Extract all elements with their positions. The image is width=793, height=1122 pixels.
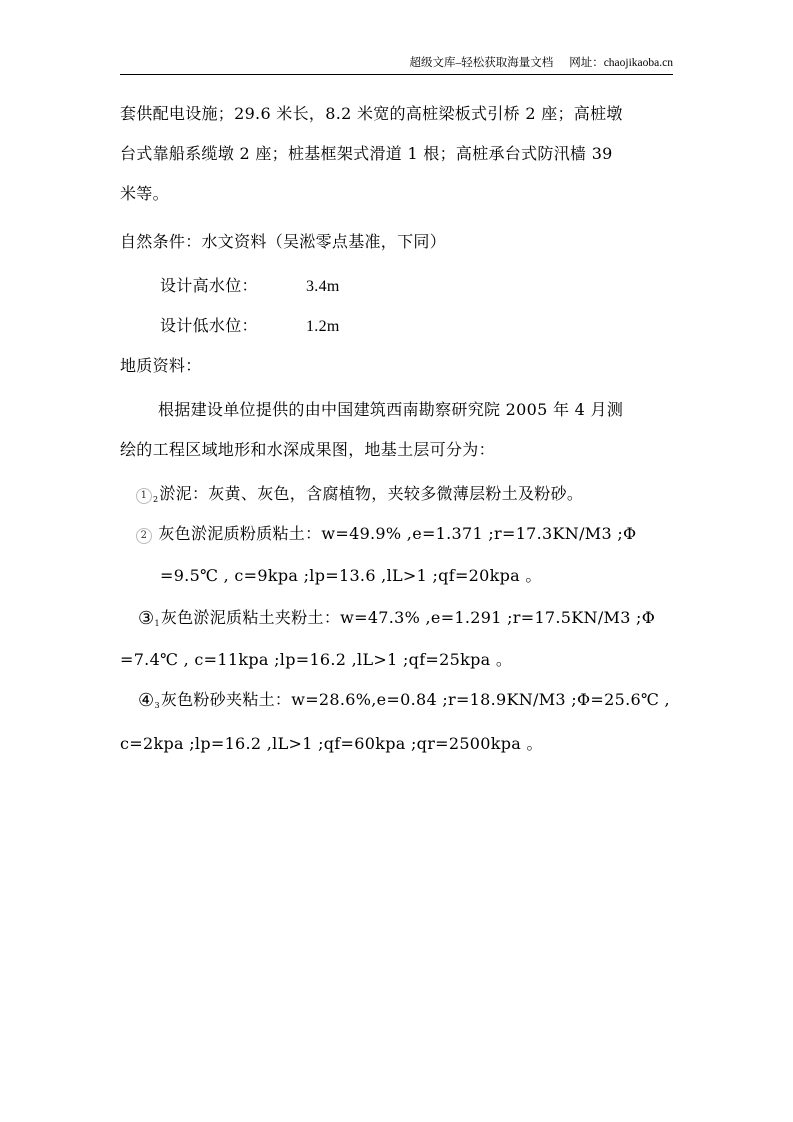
soil-layer-3: ③1灰色淤泥质粘土夹粉土：w=47.3% ,e=1.291 ;r=17.5KN/… — [138, 608, 655, 634]
circled-number-icon: ④ — [138, 690, 154, 711]
paragraph-line: 台式靠船系缆墩 2 座；桩基框架式滑道 1 根；高桩承台式防汛樯 39 — [120, 144, 613, 164]
water-level-high: 设计高水位：3.4m — [160, 276, 340, 297]
layer-text: 灰色淤泥质粉质粘土：w=49.9% ,e=1.371 ;r=17.3KN/M3 … — [153, 524, 636, 543]
paragraph-line: 套供配电设施；29.6 米长，8.2 米宽的高桩梁板式引桥 2 座；高桩墩 — [120, 104, 623, 124]
layer-subscript: 1 — [154, 619, 159, 628]
paragraph-line: 米等。 — [120, 184, 169, 204]
geology-heading: 地质资料： — [120, 356, 202, 376]
soil-layer-1: 12淤泥：灰黄、灰色，含腐植物，夹较多微薄层粉土及粉砂。 — [136, 484, 583, 510]
circled-number-icon: 2 — [136, 528, 152, 544]
site-title: 超级文库–轻松获取海量文档 — [409, 57, 553, 69]
water-level-label: 设计高水位： — [160, 276, 306, 296]
soil-layer-3-cont: =7.4℃ , c=11kpa ;lp=16.2 ,lL>1 ;qf=25kpa… — [120, 650, 512, 670]
page-header: 超级文库–轻松获取海量文档网址：chaojikaoba.cn — [120, 56, 673, 75]
soil-layer-4: ④3灰色粉砂夹粘土：w=28.6%,e=0.84 ;r=18.9KN/M3 ;Φ… — [138, 690, 670, 716]
layer-text: 淤泥：灰黄、灰色，含腐植物，夹较多微薄层粉土及粉砂。 — [159, 484, 583, 503]
natural-conditions: 自然条件：水文资料（吴淞零点基准，下同） — [120, 232, 446, 252]
water-level-value: 1.2m — [306, 318, 340, 335]
paragraph-line: 绘的工程区域地形和水深成果图，地基土层可分为： — [120, 440, 495, 460]
layer-subscript: 3 — [154, 701, 159, 710]
soil-layer-4-cont: c=2kpa ;lp=16.2 ,lL>1 ;qf=60kpa ;qr=2500… — [120, 734, 543, 754]
soil-layer-2: 2 灰色淤泥质粉质粘土：w=49.9% ,e=1.371 ;r=17.3KN/M… — [136, 524, 636, 544]
layer-text: 灰色粉砂夹粘土：w=28.6%,e=0.84 ;r=18.9KN/M3 ;Φ=2… — [161, 690, 670, 709]
paragraph-line: 根据建设单位提供的由中国建筑西南勘察研究院 2005 年 4 月测 — [158, 400, 623, 420]
site-url: 网址：chaojikaoba.cn — [569, 57, 673, 69]
layer-subscript: 2 — [153, 495, 158, 504]
water-level-label: 设计低水位： — [160, 316, 306, 336]
water-level-low: 设计低水位：1.2m — [160, 316, 340, 337]
circled-number-icon: 1 — [136, 488, 152, 504]
soil-layer-2-cont: =9.5℃ , c=9kpa ;lp=13.6 ,lL>1 ;qf=20kpa … — [160, 566, 542, 586]
header-text: 超级文库–轻松获取海量文档网址：chaojikaoba.cn — [409, 56, 673, 70]
layer-text: 灰色淤泥质粘土夹粉土：w=47.3% ,e=1.291 ;r=17.5KN/M3… — [161, 608, 655, 627]
water-level-value: 3.4m — [306, 278, 340, 295]
circled-number-icon: ③ — [138, 608, 154, 629]
